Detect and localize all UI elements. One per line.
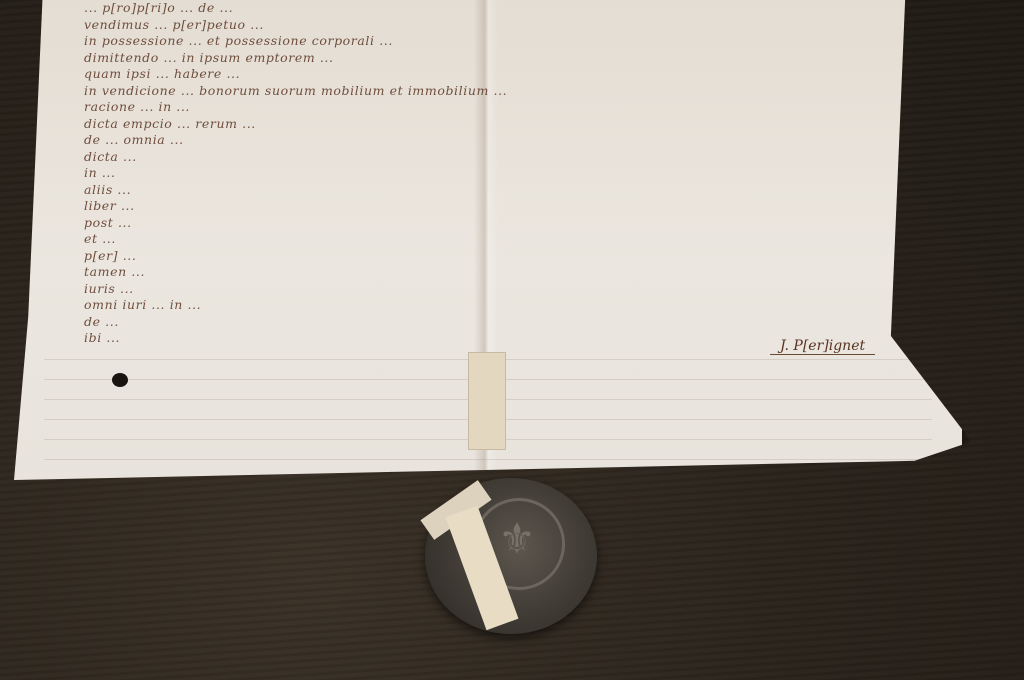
notary-signature: J. P[er]ignet	[770, 338, 875, 355]
script-line: post ...	[84, 215, 934, 232]
script-line: liber ...	[84, 198, 934, 215]
script-line: dicta ...	[84, 149, 934, 166]
script-line: de ... omnia ...	[84, 132, 934, 149]
manuscript-text-block: ... p[ro]p[ri]o ... de ... vendimus ... …	[84, 0, 934, 335]
script-line: aliis ...	[84, 182, 934, 199]
script-line: in ...	[84, 165, 934, 182]
script-line: iuris ...	[84, 281, 934, 298]
script-line: omni iuri ... in ...	[84, 297, 934, 314]
script-line: quam ipsi ... habere ...	[84, 66, 934, 83]
script-line: et ...	[84, 231, 934, 248]
script-line: ... p[ro]p[ri]o ... de ...	[84, 0, 934, 17]
script-line: dicta empcio ... rerum ...	[84, 116, 934, 133]
script-line: in possessione ... et possessione corpor…	[84, 33, 934, 50]
script-line: de ...	[84, 314, 934, 331]
parchment-hole	[112, 373, 128, 387]
script-line: dimittendo ... in ipsum emptorem ...	[84, 50, 934, 67]
photo-scene: ... p[ro]p[ri]o ... de ... vendimus ... …	[0, 0, 1024, 680]
seal-tag-slot	[468, 352, 506, 450]
script-line: vendimus ... p[er]petuo ...	[84, 17, 934, 34]
script-line: p[er] ...	[84, 248, 934, 265]
script-line: racione ... in ...	[84, 99, 934, 116]
wax-seal: ⚜	[425, 478, 597, 634]
script-line: tamen ...	[84, 264, 934, 281]
script-line: in vendicione ... bonorum suorum mobiliu…	[84, 83, 934, 100]
